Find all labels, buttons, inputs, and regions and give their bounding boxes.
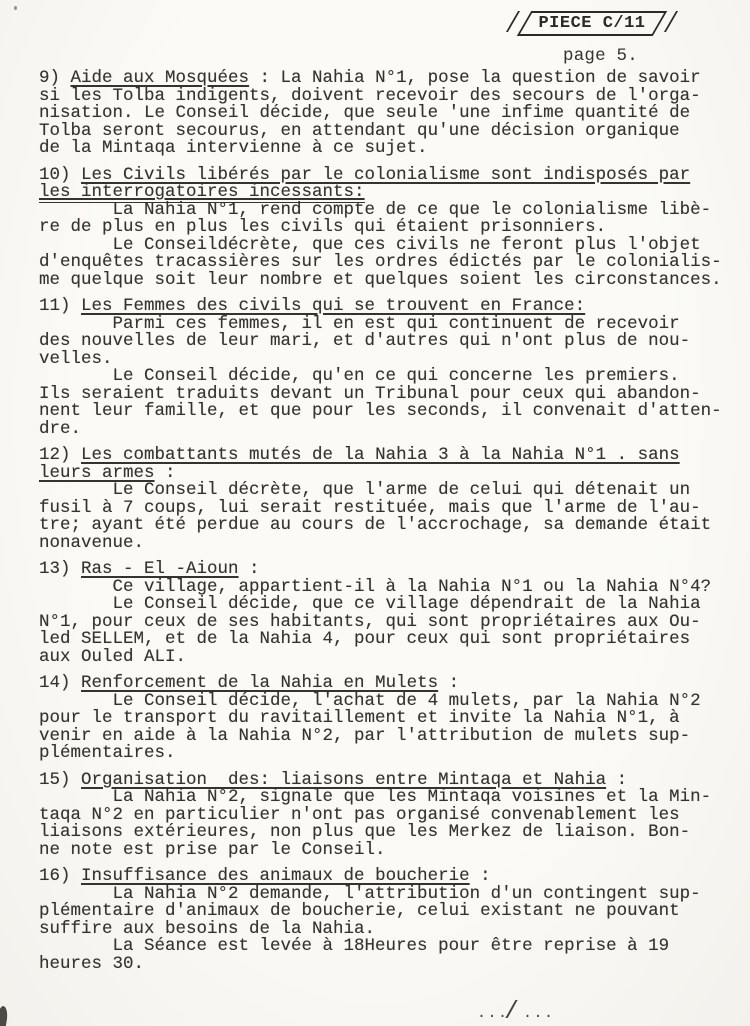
- section-title: Les Femmes des civils qui se trouvent en…: [81, 296, 585, 316]
- section-title-after: :: [470, 866, 491, 886]
- scan-smudge: [0, 1005, 9, 1026]
- scan-dot: [14, 6, 17, 10]
- section-number: 13): [39, 559, 81, 579]
- section-10: 10) Les Civils libérés par le colonialis…: [39, 167, 741, 290]
- section-title-after: :: [239, 559, 260, 579]
- page-number-label: page 5.: [563, 46, 638, 66]
- section-15: 15) Organisation des: liaisons entre Min…: [39, 772, 741, 860]
- section-body: Parmi ces femmes, il en est qui continue…: [39, 316, 741, 439]
- stamp-slash-left-icon: [506, 11, 520, 32]
- section-body: si les Tolba indigents, doivent recevoir…: [39, 88, 741, 158]
- section-9: 9) Aide aux Mosquées : La Nahia N°1, pos…: [39, 70, 741, 158]
- section-number: 9): [39, 68, 71, 88]
- section-11: 11) Les Femmes des civils qui se trouven…: [39, 298, 741, 438]
- section-body: La Nahia N°2, signale que les Mintaqa vo…: [39, 789, 741, 859]
- section-heading: 16) Insuffisance des animaux de boucheri…: [39, 868, 741, 886]
- section-12: 12) Les combattants mutés de la Nahia 3 …: [39, 447, 741, 552]
- section-title: Aide aux Mosquées: [71, 68, 250, 88]
- section-title: Ras - El -Aioun: [81, 559, 239, 579]
- document-page: PIECE C/11 page 5. 9) Aide aux Mosquées …: [0, 0, 750, 1026]
- section-title-after: :: [438, 673, 459, 693]
- section-body: La Nahia N°2 demande, l'attribution d'un…: [39, 886, 741, 974]
- section-title: Insuffisance des animaux de boucherie: [81, 866, 470, 886]
- section-number: 11): [39, 296, 81, 316]
- section-16: 16) Insuffisance des animaux de boucheri…: [39, 868, 741, 973]
- section-title: Renforcement de la Nahia en Mulets: [81, 673, 438, 693]
- section-heading: 14) Renforcement de la Nahia en Mulets :: [39, 675, 741, 693]
- continuation-dots-right: ···: [523, 1008, 555, 1025]
- piece-stamp-label: PIECE C/11: [526, 13, 658, 34]
- piece-stamp: PIECE C/11: [517, 11, 667, 36]
- stamp-slash-right-icon: [664, 11, 678, 32]
- section-title-after: : La Nahia N°1, pose la question de savo…: [249, 68, 701, 88]
- section-13: 13) Ras - El -Aioun : Ce village, appart…: [39, 561, 741, 666]
- section-heading: les interrogatoires incessants:: [39, 184, 741, 202]
- section-body: Le Conseil décrète, que l'arme de celui …: [39, 482, 741, 552]
- section-heading: 9) Aide aux Mosquées : La Nahia N°1, pos…: [39, 70, 741, 88]
- section-number: 16): [39, 866, 81, 886]
- continuation-mark: ··· / ···: [477, 1000, 567, 1026]
- continuation-slash: /: [504, 997, 519, 1026]
- section-body: Le Conseil décide, l'achat de 4 mulets, …: [39, 693, 741, 763]
- section-14: 14) Renforcement de la Nahia en Mulets :…: [39, 675, 741, 763]
- document-body: 9) Aide aux Mosquées : La Nahia N°1, pos…: [39, 70, 741, 982]
- section-heading: 13) Ras - El -Aioun :: [39, 561, 741, 579]
- section-number: 14): [39, 673, 81, 693]
- section-body: Ce village, appartient-il à la Nahia N°1…: [39, 579, 741, 667]
- section-body: La Nahia N°1, rend compte de ce que le c…: [39, 202, 741, 290]
- section-heading: 11) Les Femmes des civils qui se trouven…: [39, 298, 741, 316]
